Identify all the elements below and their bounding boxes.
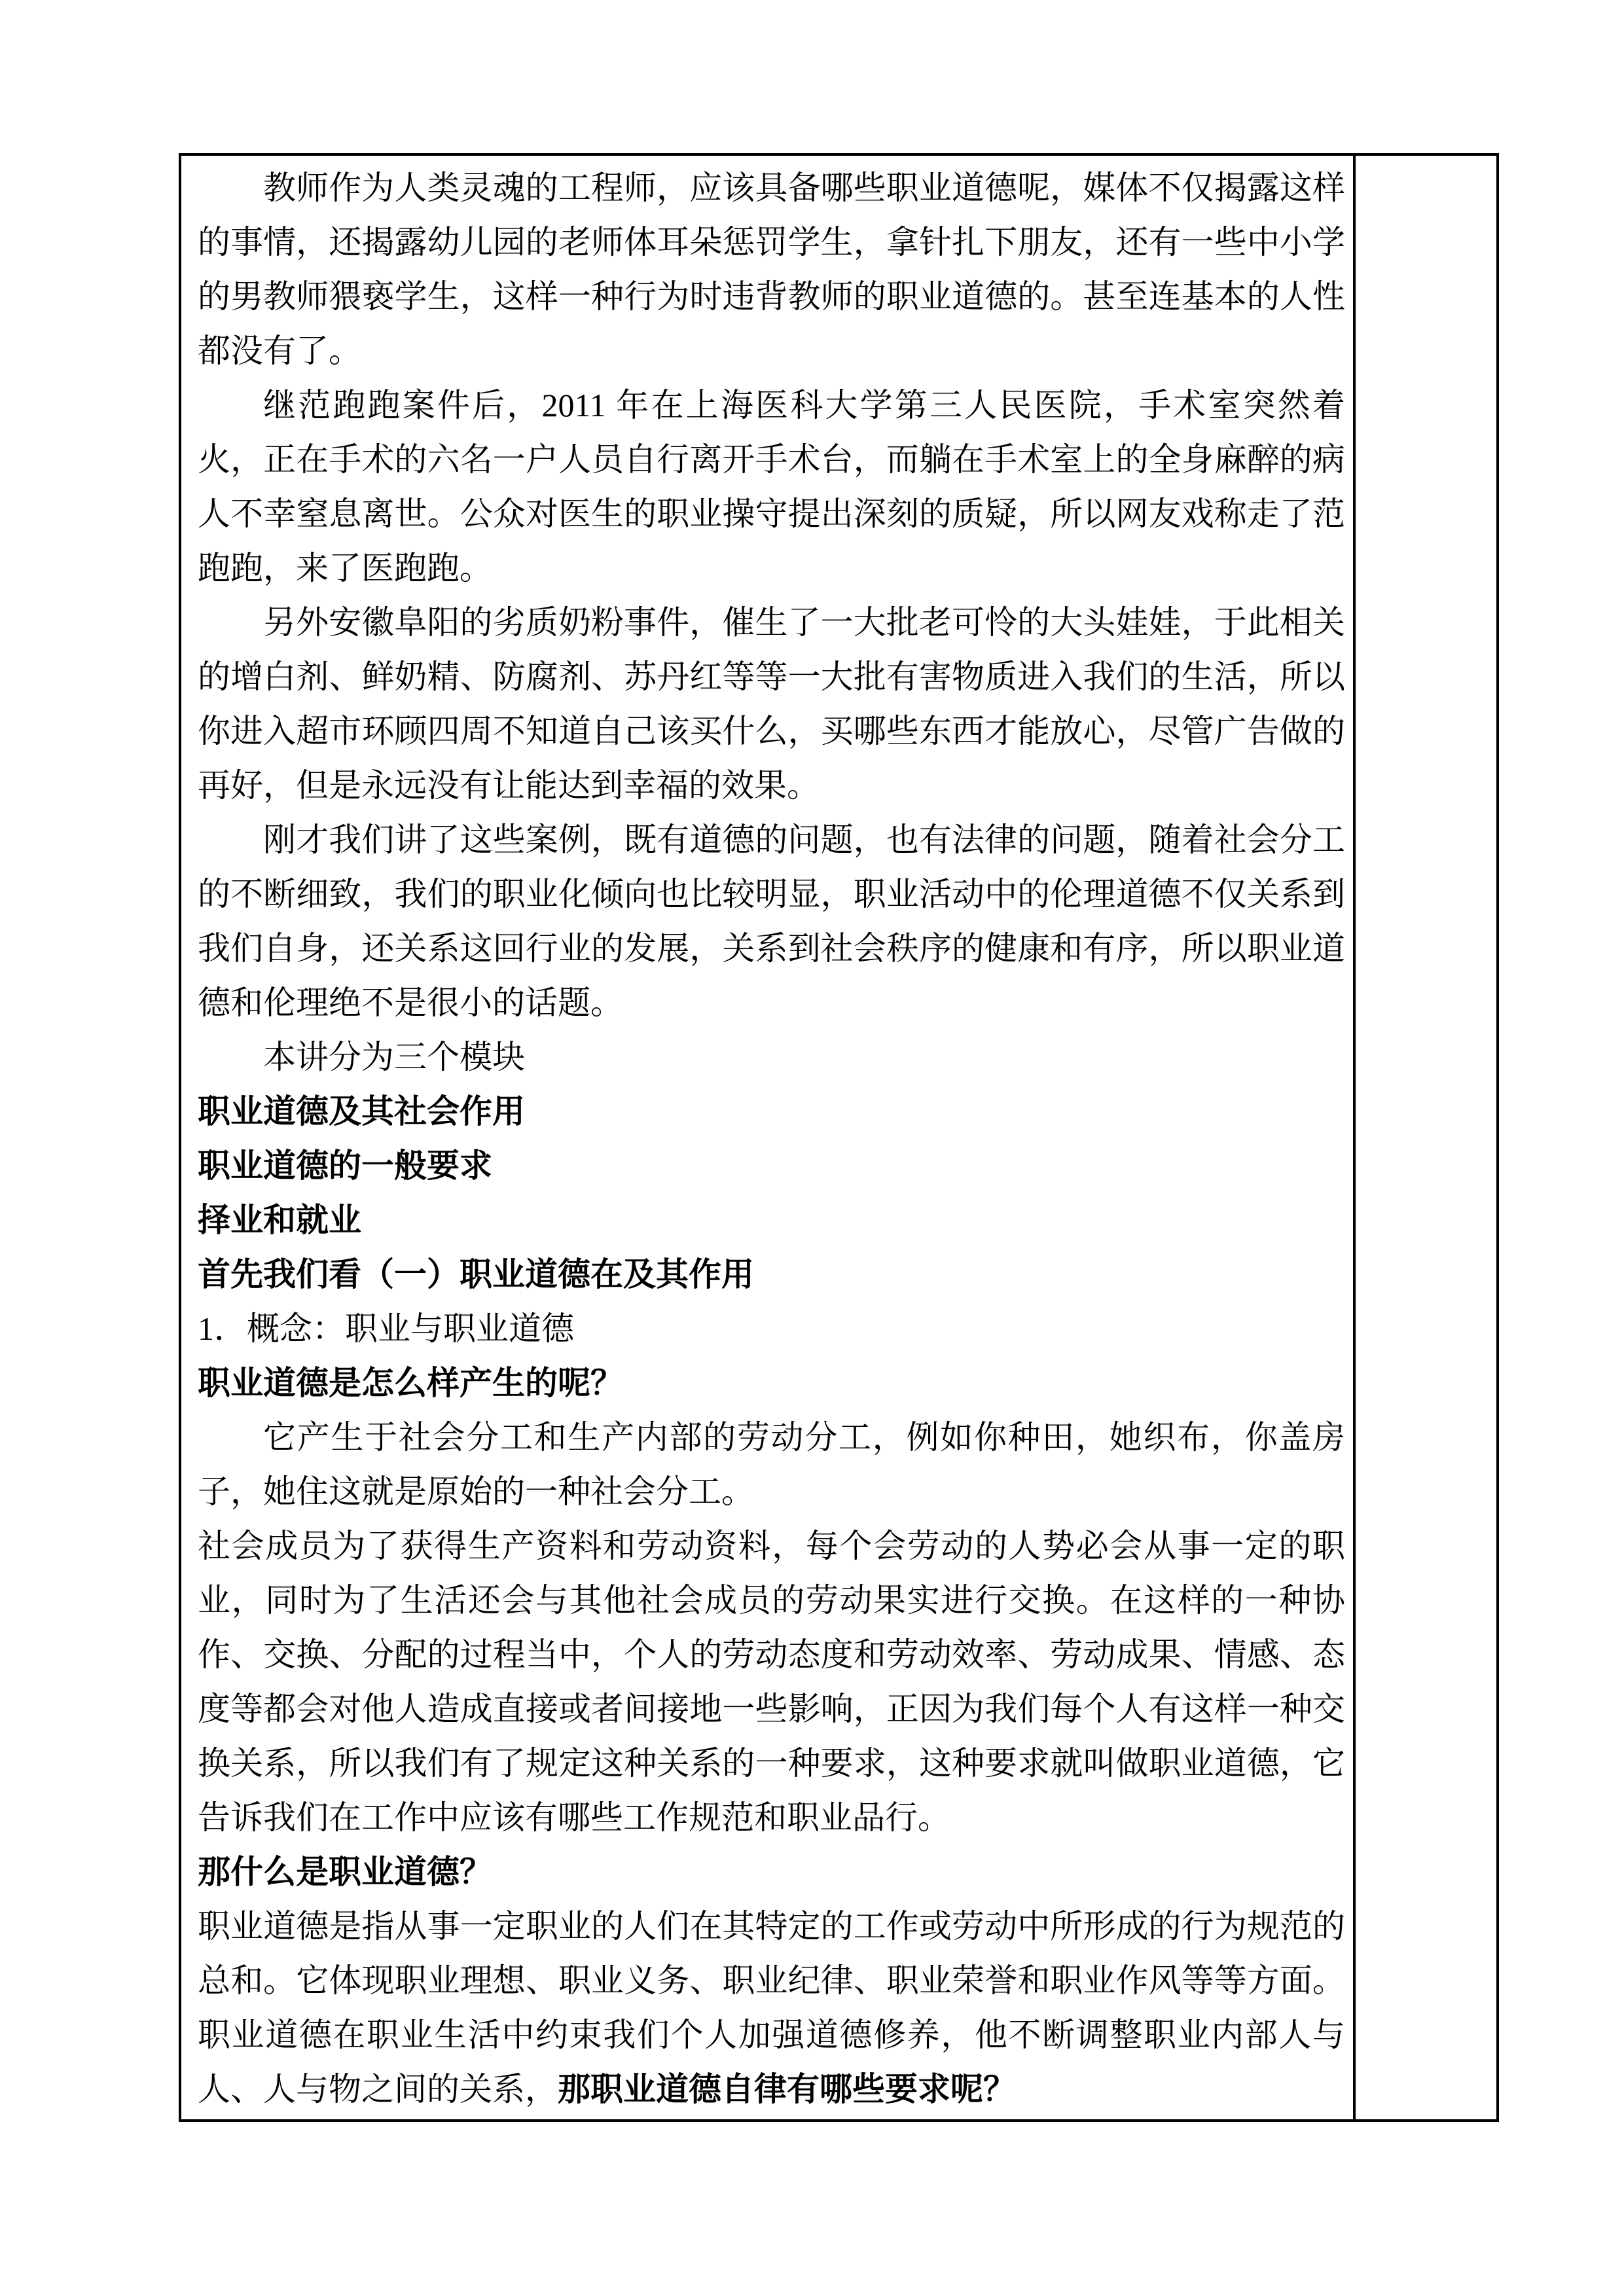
text-run: 社会成员为了获得生产资料和劳动资料，每个会劳动的人势必会从事一定的职业，同时为了…: [198, 1528, 1345, 1836]
paragraph: 首先我们看（一）职业道德在及其作用: [198, 1247, 1345, 1302]
document-body: 教师作为人类灵魂的工程师，应该具备哪些职业道德呢，媒体不仅揭露这样的事情，还揭露…: [198, 161, 1345, 2117]
paragraph: 教师作为人类灵魂的工程师，应该具备哪些职业道德呢，媒体不仅揭露这样的事情，还揭露…: [198, 161, 1345, 378]
paragraph: 职业道德的一般要求: [198, 1139, 1345, 1193]
text-run: 它产生于社会分工和生产内部的劳动分工，例如你种田，她织布，你盖房子，她住这就是原…: [198, 1419, 1345, 1510]
notes-cell: [1356, 156, 1496, 2119]
text-run: 职业道德及其社会作用: [198, 1093, 525, 1130]
paragraph: 择业和就业: [198, 1193, 1345, 1247]
text-run: 首先我们看（一）职业道德在及其作用: [198, 1256, 754, 1293]
text-run: 择业和就业: [198, 1202, 361, 1238]
text-run: 1．概念：职业与职业道德: [198, 1310, 574, 1347]
text-run: 那什么是职业道德？: [198, 1854, 492, 1890]
text-run: 教师作为人类灵魂的工程师，应该具备哪些职业道德呢，媒体不仅揭露这样的事情，还揭露…: [198, 170, 1345, 369]
text-run: 继范跑跑案件后，2011 年在上海医科大学第三人民医院，手术室突然着火，正在手术…: [198, 387, 1345, 586]
paragraph: 那什么是职业道德？: [198, 1845, 1345, 1899]
text-run: 另外安徽阜阳的劣质奶粉事件，催生了一大批老可怜的大头娃娃，于此相关的增白剂、鲜奶…: [198, 604, 1345, 804]
paragraph: 它产生于社会分工和生产内部的劳动分工，例如你种田，她织布，你盖房子，她住这就是原…: [198, 1410, 1345, 1519]
paragraph: 职业道德是指从事一定职业的人们在其特定的工作或劳动中所形成的行为规范的总和。它体…: [198, 1899, 1345, 2117]
main-cell: 教师作为人类灵魂的工程师，应该具备哪些职业道德呢，媒体不仅揭露这样的事情，还揭露…: [181, 156, 1356, 2119]
text-run: 刚才我们讲了这些案例，既有道德的问题，也有法律的问题，随着社会分工的不断细致，我…: [198, 821, 1345, 1021]
content-table: 教师作为人类灵魂的工程师，应该具备哪些职业道德呢，媒体不仅揭露这样的事情，还揭露…: [179, 153, 1499, 2122]
paragraph: 社会成员为了获得生产资料和劳动资料，每个会劳动的人势必会从事一定的职业，同时为了…: [198, 1519, 1345, 1845]
text-run: 那职业道德自律有哪些要求呢？: [558, 2071, 1016, 2108]
paragraph: 职业道德及其社会作用: [198, 1085, 1345, 1139]
paragraph: 继范跑跑案件后，2011 年在上海医科大学第三人民医院，手术室突然着火，正在手术…: [198, 378, 1345, 596]
text-run: 职业道德的一般要求: [198, 1147, 492, 1184]
text-run: 本讲分为三个模块: [263, 1039, 525, 1075]
paragraph: 职业道德是怎么样产生的呢？: [198, 1356, 1345, 1410]
paragraph: 另外安徽阜阳的劣质奶粉事件，催生了一大批老可怜的大头娃娃，于此相关的增白剂、鲜奶…: [198, 596, 1345, 813]
paragraph: 刚才我们讲了这些案例，既有道德的问题，也有法律的问题，随着社会分工的不断细致，我…: [198, 813, 1345, 1030]
page: 教师作为人类灵魂的工程师，应该具备哪些职业道德呢，媒体不仅揭露这样的事情，还揭露…: [0, 0, 1624, 2296]
text-run: 职业道德是怎么样产生的呢？: [198, 1365, 623, 1401]
paragraph: 本讲分为三个模块: [198, 1030, 1345, 1085]
paragraph: 1．概念：职业与职业道德: [198, 1302, 1345, 1356]
